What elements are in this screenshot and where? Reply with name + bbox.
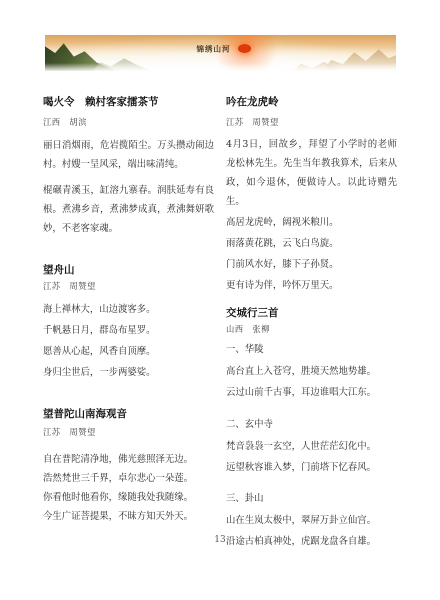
poem-stanza: 丽日消烟雨，危岩揽陌尘。万头攒动闹边村。村嫂一呈风采，端出味清纯。 bbox=[43, 136, 214, 174]
poem-stanza: 棍碾青溪玉，缸溶九寨春。润肤延寿有良根。煮沸乡音，煮沸梦成真，煮沸舞妍歌妙，不老… bbox=[43, 181, 214, 238]
poem-author: 江苏 周赞望 bbox=[43, 281, 214, 292]
poem-section: 二、玄中寺 梵音袅袅一玄空，人世茫茫幻化中。 远望秋容谁入梦，门前塔下忆春风。 bbox=[226, 419, 397, 478]
poem-title: 吟在龙虎岭 bbox=[226, 96, 397, 109]
banner-title: 锦绣山河 bbox=[196, 43, 230, 54]
poem-line: 千帆悬日月，群岛布星罗。 bbox=[43, 321, 214, 341]
poem-author: 江西 胡滨 bbox=[43, 117, 214, 128]
poem-line: 今生广证菩提果，不昧方知天外天。 bbox=[43, 507, 214, 526]
left-column: 喝火令 赖村客家擂茶节 江西 胡滨 丽日消烟雨，危岩揽陌尘。万头攒动闹边村。村嫂… bbox=[43, 71, 214, 553]
sun-icon bbox=[238, 44, 251, 53]
poem-title: 望舟山 bbox=[43, 264, 214, 277]
poem-line: 身归尘世后，一步两婆娑。 bbox=[43, 363, 214, 383]
poem-line: 高居龙虎岭，阔视米粮川。 bbox=[226, 213, 397, 233]
poem-wang-zhou-shan: 望舟山 江苏 周赞望 海上禅林大，山边渡客多。 千帆悬日月，群岛布星罗。 愿善从… bbox=[43, 264, 214, 383]
poem-yin-zai-longhuling: 吟在龙虎岭 江苏 周赞望 4月3日，回故乡，拜望了小学时的老师龙松林先生。先生当… bbox=[226, 96, 397, 296]
poem-author: 江苏 周赞望 bbox=[43, 427, 214, 438]
page-number: 13 bbox=[0, 535, 440, 545]
poem-author: 江苏 周赞望 bbox=[226, 117, 397, 128]
section-subtitle: 一、华陵 bbox=[226, 344, 397, 356]
poem-jiaocheng-xing: 交城行三首 山西 张柳 一、华陵 高台直上入苍穹，胜境天然地势雄。 云过山前千古… bbox=[226, 307, 397, 552]
poem-line: 海上禅林大，山边渡客多。 bbox=[43, 300, 214, 320]
poem-line: 云过山前千古事，耳边谁唱大江东。 bbox=[226, 383, 397, 403]
poem-line: 远望秋容谁入梦，门前塔下忆春风。 bbox=[226, 458, 397, 478]
poem-title: 望普陀山南海观音 bbox=[43, 408, 214, 421]
poem-line: 更有诗为伴，吟怀万里天。 bbox=[226, 276, 397, 296]
banner-image: 锦绣山河 bbox=[45, 35, 396, 71]
document-page: 锦绣山河 喝火令 赖村客家擂茶节 江西 胡滨 丽日消烟雨，危岩揽陌尘。万头攒动闹… bbox=[0, 0, 440, 600]
right-column: 吟在龙虎岭 江苏 周赞望 4月3日，回故乡，拜望了小学时的老师龙松林先生。先生当… bbox=[226, 71, 397, 553]
poem-section: 一、华陵 高台直上入苍穹，胜境天然地势雄。 云过山前千古事，耳边谁唱大江东。 bbox=[226, 344, 397, 403]
poem-line: 自在普陀清净地，佛光慈照泽无边。 bbox=[43, 450, 214, 469]
section-subtitle: 二、玄中寺 bbox=[226, 419, 397, 431]
poem-line: 梵音袅袅一玄空，人世茫茫幻化中。 bbox=[226, 437, 397, 457]
section-subtitle: 三、卦山 bbox=[226, 493, 397, 505]
poem-line: 门前风水好，膝下子孙贤。 bbox=[226, 255, 397, 275]
poem-title: 喝火令 赖村客家擂茶节 bbox=[43, 96, 214, 109]
poem-line: 山在生岚太极中，翠屏万卦立仙宫。 bbox=[226, 511, 397, 531]
poem-he-huo-ling: 喝火令 赖村客家擂茶节 江西 胡滨 丽日消烟雨，危岩揽陌尘。万头攒动闹边村。村嫂… bbox=[43, 96, 214, 238]
poem-line: 浩然梵世三千界，卓尔悲心一朵莲。 bbox=[43, 469, 214, 488]
poem-wang-putuoshan: 望普陀山南海观音 江苏 周赞望 自在普陀清净地，佛光慈照泽无边。 浩然梵世三千界… bbox=[43, 408, 214, 526]
poem-author: 山西 张柳 bbox=[226, 324, 397, 335]
poem-preface: 4月3日，回故乡，拜望了小学时的老师龙松林先生。先生当年教我算术，后来从政，如今… bbox=[226, 135, 397, 211]
content-columns: 喝火令 赖村客家擂茶节 江西 胡滨 丽日消烟雨，危岩揽陌尘。万头攒动闹边村。村嫂… bbox=[0, 71, 440, 553]
poem-title: 交城行三首 bbox=[226, 307, 397, 320]
poem-line: 高台直上入苍穹，胜境天然地势雄。 bbox=[226, 362, 397, 382]
poem-line: 你看他时他看你，缘随我处我随缘。 bbox=[43, 488, 214, 507]
mist-art bbox=[45, 63, 396, 71]
poem-line: 愿善从心起，风香自顶摩。 bbox=[43, 342, 214, 362]
poem-line: 雨落黄花跳，云飞白鸟旋。 bbox=[226, 234, 397, 254]
